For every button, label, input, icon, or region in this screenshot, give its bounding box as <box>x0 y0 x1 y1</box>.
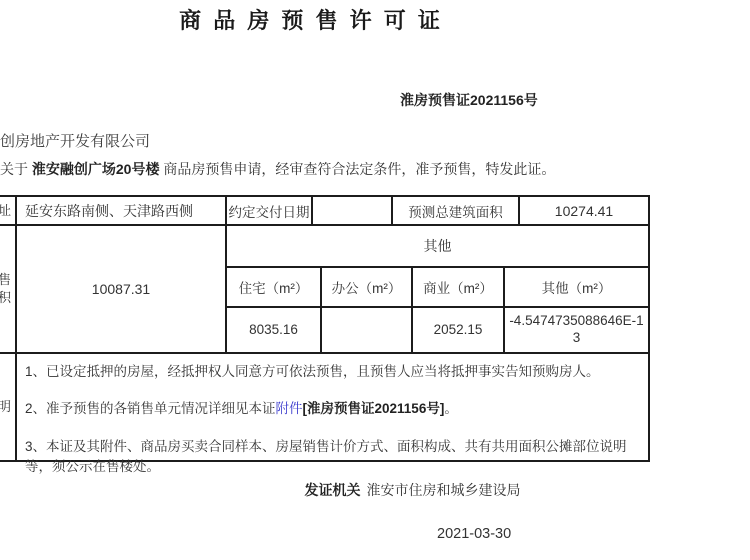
address-row-label: 地址 <box>0 197 17 224</box>
approval-prefix: 关于 <box>0 161 32 177</box>
total-floor-area-value: 10274.41 <box>520 197 648 224</box>
attachment-link[interactable]: 附件 <box>276 401 303 416</box>
approval-statement: 关于 淮安融创广场20号楼 商品房预售申请，经审查符合法定条件，准予预售，特发此… <box>0 159 555 179</box>
delivery-date-label: 约定交付日期 <box>227 197 313 224</box>
note-2: 2、准予预售的各销售单元情况详细见本证附件[淮房预售证2021156号]。 <box>25 399 638 419</box>
column-header-commercial: 商业（m²） <box>413 268 505 305</box>
other-header: 其他 <box>227 226 648 268</box>
note-3: 3、本证及其附件、商品房买卖合同样本、房屋销售计价方式、面积构成、共有共用面积公… <box>25 437 638 478</box>
issuer-name: 淮安市住房和城乡建设局 <box>367 482 521 498</box>
note-1: 1、已设定抵押的房屋，经抵押权人同意方可依法预售，且预售人应当将抵押事实告知预购… <box>25 362 638 382</box>
column-value-commercial: 2052.15 <box>413 308 505 352</box>
column-value-office <box>322 308 413 352</box>
certificate-table: 地址 延安东路南侧、天津路西侧 约定交付日期 预测总建筑面积 10274.41 … <box>0 195 650 462</box>
note-2-suffix: 。 <box>444 401 458 416</box>
table-row-presale-area: 预售面积 10087.31 其他 住宅（m²） 办公（m²） 商业（m²） 其他… <box>0 226 648 354</box>
permit-number: 淮房预售证2021156号 <box>400 90 538 110</box>
presale-permit-page: 商 品 房 预 售 许 可 证 淮房预售证2021156号 创房地产开发有限公司… <box>0 0 750 560</box>
column-value-residential: 8035.16 <box>227 308 322 352</box>
notes-row-label: 说明 <box>0 354 17 460</box>
notes-section: 1、已设定抵押的房屋，经抵押权人同意方可依法预售，且预售人应当将抵押事实告知预购… <box>17 354 648 460</box>
area-breakdown-headers: 住宅（m²） 办公（m²） 商业（m²） 其他（m²） <box>227 268 648 307</box>
area-breakdown-values: 8035.16 2052.15 -4.5474735088646E-13 <box>227 308 648 352</box>
presale-area-total: 10087.31 <box>17 226 227 352</box>
issue-date: 2021-03-30 <box>437 526 511 542</box>
column-header-office: 办公（m²） <box>322 268 413 305</box>
table-row-address: 地址 延安东路南侧、天津路西侧 约定交付日期 预测总建筑面积 10274.41 <box>0 197 648 226</box>
issuer-line: 发证机关淮安市住房和城乡建设局 <box>75 480 750 500</box>
table-row-notes: 说明 1、已设定抵押的房屋，经抵押权人同意方可依法预售，且预售人应当将抵押事实告… <box>0 354 648 460</box>
delivery-date-value <box>313 197 393 224</box>
total-floor-area-label: 预测总建筑面积 <box>393 197 520 224</box>
note-2-text: 2、准予预售的各销售单元情况详细见本证 <box>25 401 276 416</box>
approval-suffix: 商品房预售申请，经审查符合法定条件，准予预售，特发此证。 <box>159 161 555 177</box>
project-name: 淮安融创广场20号楼 <box>32 161 160 177</box>
note-2-permit-ref: [淮房预售证2021156号] <box>303 401 445 416</box>
presale-area-label: 预售面积 <box>0 226 17 352</box>
column-value-other: -4.5474735088646E-13 <box>505 308 648 352</box>
column-header-other: 其他（m²） <box>505 268 648 305</box>
page-title: 商 品 房 预 售 许 可 证 <box>0 4 622 35</box>
column-header-residential: 住宅（m²） <box>227 268 322 305</box>
company-name: 创房地产开发有限公司 <box>0 130 150 151</box>
address-value: 延安东路南侧、天津路西侧 <box>17 197 227 224</box>
issuer-label: 发证机关 <box>305 482 361 498</box>
area-breakdown-table: 其他 住宅（m²） 办公（m²） 商业（m²） 其他（m²） 8035.16 2… <box>227 226 648 352</box>
